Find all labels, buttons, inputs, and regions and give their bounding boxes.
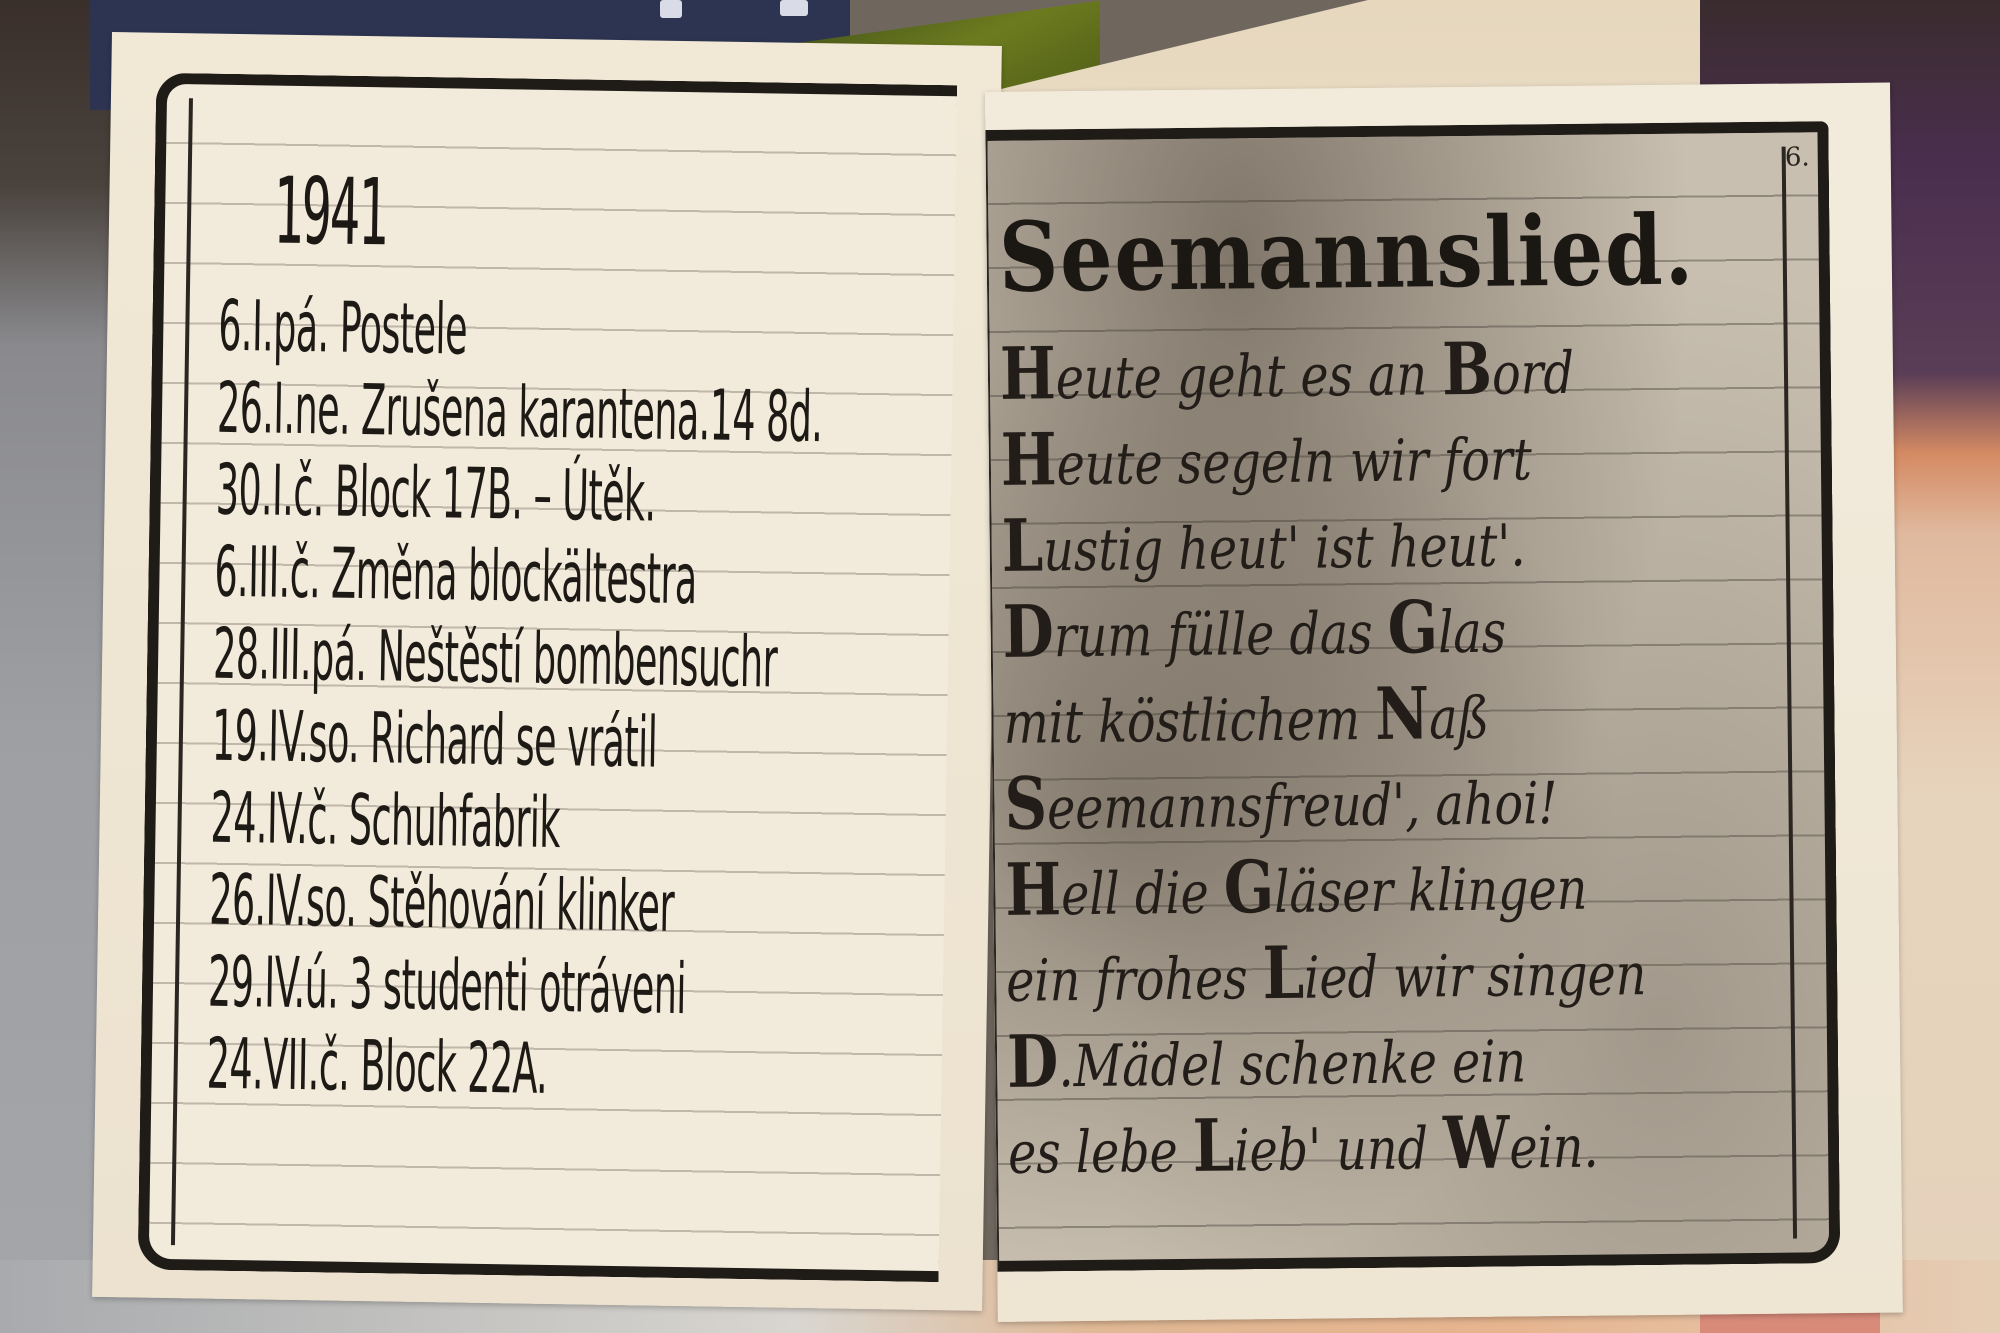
initial-capital: H xyxy=(1000,416,1057,502)
verse-text: ein frohes xyxy=(1006,944,1263,1015)
verse-line: Heute geht es an Bord xyxy=(1000,324,1641,417)
initial-capital: N xyxy=(1375,670,1430,756)
left-inner-rule xyxy=(171,98,193,1245)
verse-text: ieb' und xyxy=(1234,1114,1444,1184)
diary-entry: 19.IV.so. Richard se vrátil xyxy=(211,695,734,785)
verse-text: rum fülle das xyxy=(1054,599,1389,670)
verse-text: ell die xyxy=(1061,859,1224,929)
verse-text: ein. xyxy=(1509,1113,1599,1182)
initial-capital: D xyxy=(1002,588,1054,674)
verse-line: mit köstlichem Naß xyxy=(1003,668,1644,761)
diary-year: 1941 xyxy=(272,158,387,267)
verse-line: Seemannsfreud', ahoi! xyxy=(1004,754,1645,847)
booklet: 1941 6.I.pá. Postele 26.I.ne. Zrušena ka… xyxy=(0,0,2000,1333)
diary-entry: 6.III.č. Změna blockältestra xyxy=(214,531,737,621)
verse-line: D.Mädel schenke ein xyxy=(1007,1012,1648,1105)
initial-capital: G xyxy=(1387,584,1438,670)
initial-capital: H xyxy=(1000,330,1057,416)
initial-capital: W xyxy=(1443,1100,1510,1186)
diary-entry: 24.VII.č. Block 22A. xyxy=(206,1023,729,1113)
diary-entry: 30.I.č. Block 17B. – Útěk. xyxy=(215,449,738,539)
initial-capital: G xyxy=(1223,844,1274,930)
diary-entry: 6.I.pá. Postele xyxy=(218,285,741,375)
left-page-frame: 1941 6.I.pá. Postele 26.I.ne. Zrušena ka… xyxy=(138,73,958,1282)
song-verses: Heute geht es an Bord Heute segeln wir f… xyxy=(1000,323,1790,1191)
verse-text: eute segeln wir fort xyxy=(1056,425,1532,498)
verse-line: Lustig heut' ist heut'. xyxy=(1001,496,1642,589)
verse-text: .Mädel schenke ein xyxy=(1058,1027,1526,1100)
verse-line: Hell die Gläser klingen xyxy=(1005,840,1646,933)
initial-capital: D xyxy=(1007,1018,1059,1104)
verse-line: es lebe Lieb' und Wein. xyxy=(1008,1098,1649,1191)
verse-text: läser klingen xyxy=(1274,855,1588,926)
initial-capital: S xyxy=(1004,760,1048,845)
diary-entry: 26.IV.so. Stěhování klinker xyxy=(209,859,732,949)
verse-text: ied wir singen xyxy=(1304,940,1647,1012)
initial-capital: L xyxy=(1001,502,1043,587)
verse-text: eute geht es an xyxy=(1055,340,1442,412)
initial-capital: L xyxy=(1192,1102,1234,1187)
song-title: Seemannslied. xyxy=(998,194,1695,314)
verse-text: aß xyxy=(1429,684,1490,753)
verse-text: mit köstlichem xyxy=(1003,685,1375,757)
verse-text: es lebe xyxy=(1008,1117,1193,1187)
diary-entry: 28.III.pá. Neštěstí bombensuchr xyxy=(213,613,736,703)
diary-entry: 29.IV.ú. 3 studenti otráveni xyxy=(207,941,730,1031)
initial-capital: B xyxy=(1442,326,1493,412)
verse-text: eemannsfreud', ahoi! xyxy=(1047,769,1558,842)
diary-entry: 24.IV.č. Schuhfabrik xyxy=(210,777,733,867)
verse-text: ord xyxy=(1492,339,1575,408)
verse-text: ustig heut' ist heut'. xyxy=(1043,511,1526,584)
left-page: 1941 6.I.pá. Postele 26.I.ne. Zrušena ka… xyxy=(92,32,1002,1311)
right-page-frame: 6. Seemannslied. Heute geht es an Bord H… xyxy=(985,121,1840,1272)
verse-text: las xyxy=(1438,598,1507,667)
verse-line: Heute segeln wir fort xyxy=(1000,410,1641,503)
initial-capital: H xyxy=(1005,846,1062,932)
verse-line: ein frohes Lied wir singen xyxy=(1006,926,1647,1019)
diary-entry: 26.I.ne. Zrušena karantena.14 8d. xyxy=(216,367,739,457)
verse-line: Drum fülle das Glas xyxy=(1002,582,1643,675)
diary-entries: 6.I.pá. Postele 26.I.ne. Zrušena karante… xyxy=(206,285,1119,1119)
right-page: 6. Seemannslied. Heute geht es an Bord H… xyxy=(985,83,1903,1322)
page-number: 6. xyxy=(1785,142,1810,172)
initial-capital: L xyxy=(1262,930,1304,1015)
